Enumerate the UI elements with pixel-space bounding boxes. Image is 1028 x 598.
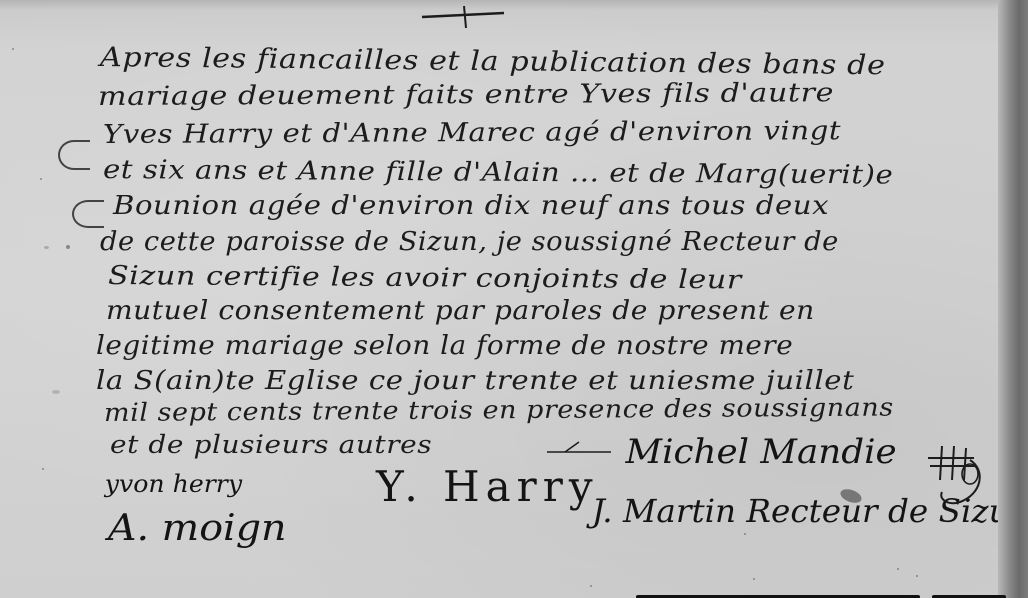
record-line-7: Sizun certifie les avoir conjoints de le… xyxy=(108,261,742,295)
page-top-shadow xyxy=(0,0,1028,10)
cross-mark-icon xyxy=(420,4,508,28)
paper-speck xyxy=(66,245,70,249)
signature-yvon-herry: yvon herry xyxy=(105,470,242,498)
paper-speck xyxy=(12,48,14,50)
signature-michel-mandie: Michel Mandie xyxy=(626,432,897,472)
signature-y-harry: Y. Harry xyxy=(376,462,599,511)
paper-speck xyxy=(744,533,746,535)
scanned-register-page: Apres les fiancailles et la publication … xyxy=(0,0,1028,598)
paper-speck xyxy=(42,468,44,470)
record-line-5: Bounion agée d'environ dix neuf ans tous… xyxy=(113,191,829,221)
paper-speck xyxy=(52,390,60,394)
paper-speck xyxy=(590,585,592,587)
record-line-4: et six ans et Anne fille d'Alain ... et … xyxy=(103,155,894,191)
record-line-9: legitime mariage selon la forme de nostr… xyxy=(96,331,793,361)
record-line-10: la S(ain)te Eglise ce jour trente et uni… xyxy=(96,366,854,396)
paper-speck xyxy=(897,568,899,570)
record-line-12: et de plusieurs autres xyxy=(110,430,432,459)
paper-speck xyxy=(40,178,42,180)
record-line-6: de cette paroisse de Sizun, je soussigné… xyxy=(100,227,839,257)
record-line-8: mutuel consentement par paroles de prese… xyxy=(106,296,815,326)
record-line-3: Yves Harry et d'Anne Marec agé d'environ… xyxy=(103,116,841,150)
record-line-11: mil sept cents trente trois en presence … xyxy=(104,392,894,427)
paper-speck xyxy=(753,578,755,580)
margin-flourish xyxy=(72,200,104,228)
binding-edge xyxy=(998,0,1028,598)
signature-paraph-icon xyxy=(920,440,990,510)
signature-a-moign: A. moign xyxy=(108,508,287,549)
record-line-1: Apres les fiancailles et la publication … xyxy=(100,42,886,81)
closing-flourish-icon xyxy=(545,440,615,454)
paper-speck xyxy=(916,575,918,577)
margin-flourish xyxy=(58,140,90,170)
paper-speck xyxy=(44,246,49,249)
record-line-2: mariage deuement faits entre Yves fils d… xyxy=(98,78,834,112)
